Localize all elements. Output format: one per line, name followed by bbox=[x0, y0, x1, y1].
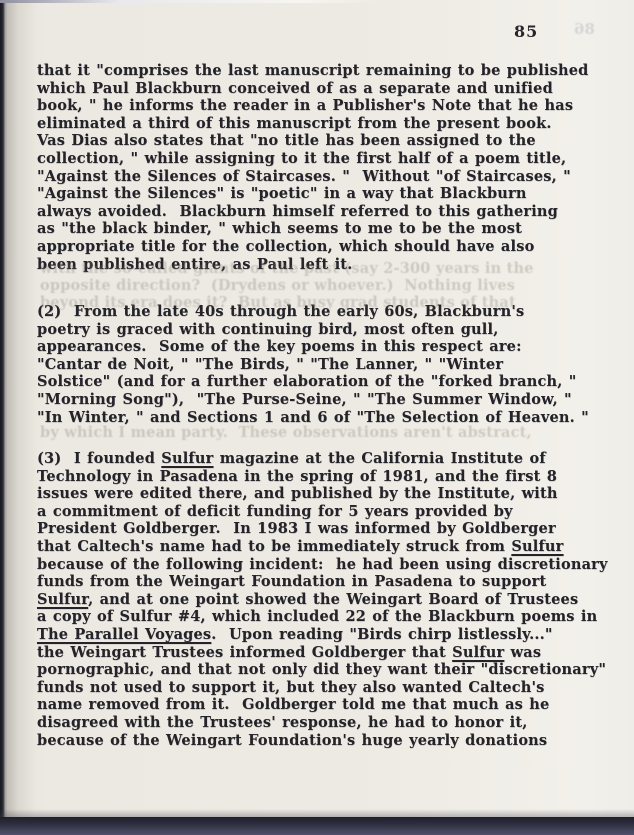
paragraph-3: (3) I founded Sulfur magazine at the Cal… bbox=[37, 450, 608, 749]
text-line: the Weingart Trustees informed Goldberge… bbox=[37, 644, 608, 662]
text-line: a copy of Sulfur #4, which included 22 o… bbox=[37, 608, 608, 626]
text-line: collection, " while assigning to it the … bbox=[37, 150, 589, 168]
text-line: (3) I founded Sulfur magazine at the Cal… bbox=[37, 450, 608, 468]
text-line: because of the Weingart Foundation's hug… bbox=[37, 732, 608, 750]
text-line: which Paul Blackburn conceived of as a s… bbox=[37, 80, 589, 98]
ghost-showthrough-line: by which I mean party. These observation… bbox=[40, 424, 532, 441]
text-line: The Parallel Voyages. Upon reading "Bird… bbox=[37, 626, 608, 644]
text-line: "Against the Silences" is "poetic" in a … bbox=[37, 185, 589, 203]
paragraph-1: that it "comprises the last manuscript r… bbox=[37, 62, 589, 273]
text-line: "Cantar de Noit, " "The Birds, " "The La… bbox=[37, 356, 589, 374]
text-line: funds not used to support it, but they a… bbox=[37, 679, 608, 697]
text-line: President Goldberger. In 1983 I was info… bbox=[37, 520, 608, 538]
page-number: 85 bbox=[514, 22, 538, 41]
text-line: Sulfur, and at one point showed the Wein… bbox=[37, 591, 608, 609]
text-line: because of the following incident: he ha… bbox=[37, 556, 608, 574]
bottom-shadow bbox=[0, 809, 634, 817]
ghost-showthrough-line: opposite direction? (Drydens or whoever.… bbox=[40, 277, 515, 294]
ghost-showthrough-line: with the so-called giants of the past (s… bbox=[40, 260, 534, 277]
text-line: name removed from it. Goldberger told me… bbox=[37, 696, 608, 714]
text-line: that it "comprises the last manuscript r… bbox=[37, 62, 589, 80]
text-line: appearances. Some of the key poems in th… bbox=[37, 338, 589, 356]
text-line: issues were edited there, and published … bbox=[37, 485, 608, 503]
ghost-showthrough-line: beyond its era does it? But as busy grad… bbox=[40, 294, 516, 311]
text-line: a commitment of deficit funding for 5 ye… bbox=[37, 503, 608, 521]
text-line: pornographic, and that not only did they… bbox=[37, 661, 608, 679]
text-line: Solstice" (and for a further elaboration… bbox=[37, 373, 589, 391]
page-curve-shadow bbox=[6, 0, 36, 818]
text-line: "Against the Silences of Staircases. " W… bbox=[37, 168, 589, 186]
text-line: poetry is graced with continuing bird, m… bbox=[37, 321, 589, 339]
text-line: appropriate title for the collection, wh… bbox=[37, 238, 589, 256]
text-line: book, " he informs the reader in a Publi… bbox=[37, 97, 589, 115]
text-line: Vas Dias also states that "no title has … bbox=[37, 132, 589, 150]
text-line: "Morning Song"), "The Purse-Seine, " "Th… bbox=[37, 391, 589, 409]
text-line: Technology in Pasadena in the spring of … bbox=[37, 468, 608, 486]
scan-edge-bottom bbox=[0, 817, 634, 835]
scan-edge-top bbox=[0, 0, 380, 3]
scanned-document-page: 86 85 that it "comprises the last manusc… bbox=[0, 0, 634, 835]
ghost-page-number: 86 bbox=[574, 20, 595, 38]
text-line: always avoided. Blackburn himself referr… bbox=[37, 203, 589, 221]
paragraph-2: (2) From the late 40s through the early … bbox=[37, 303, 589, 426]
text-line: funds from the Weingart Foundation in Pa… bbox=[37, 573, 608, 591]
text-line: as "the black binder, " which seems to m… bbox=[37, 220, 589, 238]
text-line: disagreed with the Trustees' response, h… bbox=[37, 714, 608, 732]
text-line: that Caltech's name had to be immediatel… bbox=[37, 538, 608, 556]
text-line: eliminated a third of this manuscript fr… bbox=[37, 115, 589, 133]
